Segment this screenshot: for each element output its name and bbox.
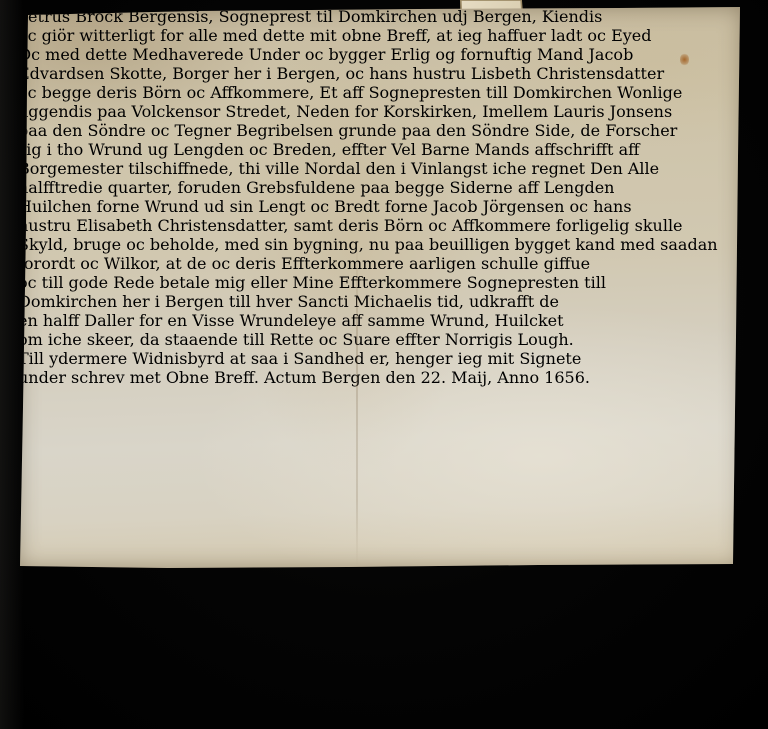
manuscript-line: forordt oc Wilkor, at de oc deris Effter… — [18, 254, 742, 273]
manuscript-line: Oc med dette Medhaverede Under oc bygger… — [18, 45, 742, 64]
manuscript-line: hustru Elisabeth Christensdatter, samt d… — [18, 216, 742, 235]
manuscript-line: halfftredie quarter, foruden Grebsfulden… — [18, 178, 742, 197]
manuscript-line: en halff Daller for en Visse Wrundeleye … — [18, 311, 742, 330]
manuscript-line: Borgemester tilschiffnede, thi ville Nor… — [18, 159, 742, 178]
parchment-document: Petrus Brock Bergensis, Sogneprest til D… — [18, 7, 742, 568]
manuscript-line: oc begge deris Börn oc Affkommere, Et af… — [18, 83, 742, 102]
manuscript-line: oc till gode Rede betale mig eller Mine … — [18, 273, 742, 292]
manuscript-line: Skyld, bruge oc beholde, med sin bygning… — [18, 235, 742, 254]
manuscript-line: Edvardsen Skotte, Borger her i Bergen, o… — [18, 64, 742, 83]
manuscript-line: liggendis paa Volckensor Stredet, Neden … — [18, 102, 742, 121]
rust-stain — [680, 53, 689, 66]
manuscript-line: oc giör witterligt for alle med dette mi… — [18, 26, 742, 45]
manuscript-line: Huilchen forne Wrund ud sin Lengt oc Bre… — [18, 197, 742, 216]
manuscript-line: Domkirchen her i Bergen till hver Sancti… — [18, 292, 742, 311]
plica-fold — [18, 491, 742, 571]
manuscript-line: om iche skeer, da staaende till Rette oc… — [18, 330, 742, 349]
photo-background: Petrus Brock Bergensis, Sogneprest til D… — [0, 0, 768, 729]
manuscript-line: sig i tho Wrund ug Lengden oc Breden, ef… — [18, 140, 742, 159]
manuscript-line: under schrev met Obne Breff. Actum Berge… — [18, 368, 742, 387]
manuscript-text: Petrus Brock Bergensis, Sogneprest til D… — [18, 7, 742, 387]
manuscript-line: Till ydermere Widnisbyrd at saa i Sandhe… — [18, 349, 742, 368]
manuscript-line: paa den Söndre oc Tegner Begribelsen gru… — [18, 121, 742, 140]
